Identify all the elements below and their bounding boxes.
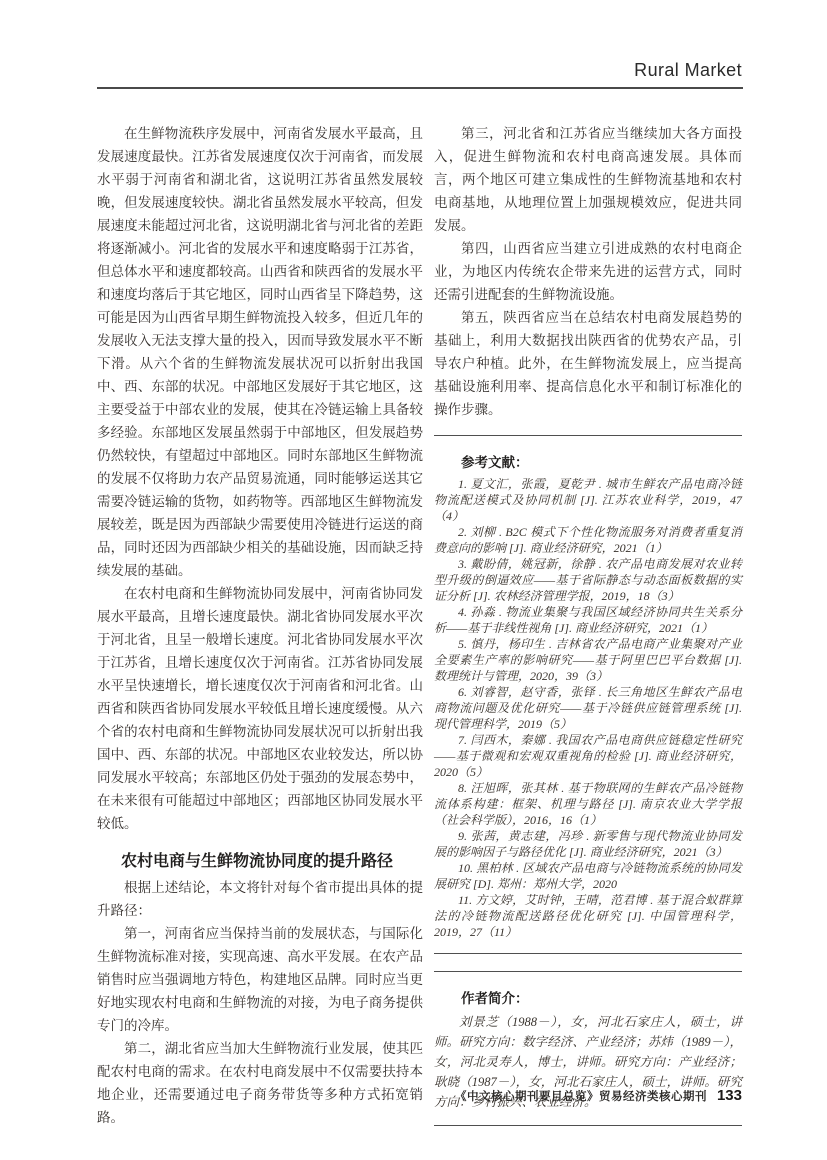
- paragraph: 第三，河北省和江苏省应当继续加大各方面投入，促进生鲜物流和农村电商高速发展。具体…: [434, 122, 742, 237]
- divider: [434, 953, 742, 954]
- journal-title: Rural Market: [634, 60, 742, 81]
- author-bio-title: 作者简介：: [434, 987, 742, 1007]
- reference-item: 9. 张茜，黄志建，冯珍 . 新零售与现代物流业协同发展的影响因子与路径优化 […: [434, 828, 742, 860]
- reference-item: 5. 慎丹，杨印生 . 吉林省农产品电商产业集聚对产业全要素生产率的影响研究——…: [434, 636, 742, 684]
- right-column: 第三，河北省和江苏省应当继续加大各方面投入，促进生鲜物流和农村电商高速发展。具体…: [434, 122, 742, 1126]
- paragraph: 在生鲜物流秩序发展中，河南省发展水平最高，且发展速度最快。江苏省发展速度仅次于河…: [97, 122, 423, 582]
- footer: 《中文核心期刊要目总览》贸易经济类核心期刊 133: [455, 1087, 742, 1104]
- reference-item: 7. 闫西木，秦娜 . 我国农产品电商供应链稳定性研究——基于微观和宏观双重视角…: [434, 732, 742, 780]
- page: Rural Market 在生鲜物流秩序发展中，河南省发展水平最高，且发展速度最…: [0, 0, 827, 1160]
- paragraph: 第四，山西省应当建立引进成熟的农村电商企业，为地区内传统农企带来先进的运营方式，…: [434, 237, 742, 306]
- references-title: 参考文献：: [434, 451, 742, 471]
- header-rule: [97, 87, 743, 89]
- reference-item: 6. 刘睿智，赵守香，张铎 . 长三角地区生鲜农产品电商物流问题及优化研究——基…: [434, 684, 742, 732]
- reference-item: 10. 黑柏林 . 区域农产品电商与冷链物流系统的协同发展研究 [D]. 郑州：…: [434, 860, 742, 892]
- paragraph: 在农村电商和生鲜物流协同发展中，河南省协同发展水平最高，且增长速度最快。湖北省协…: [97, 582, 423, 835]
- reference-item: 3. 戴盼倩，姚冠新，徐静 . 农产品电商发展对农业转型升级的倒逼效应——基于省…: [434, 556, 742, 604]
- paragraph: 第一，河南省应当保持当前的发展状态，与国际化生鲜物流标准对接，实现高速、高水平发…: [97, 922, 423, 1037]
- references-section: 参考文献： 1. 夏文汇，张霞，夏乾尹 . 城市生鲜农产品电商冷链物流配送模式及…: [434, 451, 742, 940]
- paragraph: 第二，湖北省应当加大生鲜物流行业发展，使其匹配农村电商的需求。在农村电商发展中不…: [97, 1037, 423, 1129]
- divider: [434, 971, 742, 972]
- reference-item: 11. 方文婷，艾时钟，王晴，范君博 . 基于混合蚁群算法的冷链物流配送路径优化…: [434, 892, 742, 940]
- section-heading: 农村电商与生鲜物流协同度的提升路径: [97, 848, 423, 871]
- footer-page-number: 133: [717, 1087, 742, 1104]
- reference-item: 1. 夏文汇，张霞，夏乾尹 . 城市生鲜农产品电商冷链物流配送模式及协同机制 […: [434, 476, 742, 524]
- footer-journal-info: 《中文核心期刊要目总览》贸易经济类核心期刊: [455, 1088, 707, 1104]
- reference-item: 8. 汪旭晖，张其林 . 基于物联网的生鲜农产品冷链物流体系构建：框架、机理与路…: [434, 780, 742, 828]
- reference-item: 2. 刘柳 . B2C 模式下个性化物流服务对消费者重复消费意向的影响 [J].…: [434, 524, 742, 556]
- divider: [434, 435, 742, 436]
- left-column: 在生鲜物流秩序发展中，河南省发展水平最高，且发展速度最快。江苏省发展速度仅次于河…: [97, 122, 423, 1129]
- paragraph: 第五，陕西省应当在总结农村电商发展趋势的基础上，利用大数据找出陕西省的优势农产品…: [434, 306, 742, 421]
- reference-item: 4. 孙淼 . 物流业集聚与我国区域经济协同共生关系分析——基于非线性视角 [J…: [434, 604, 742, 636]
- paragraph: 根据上述结论，本文将针对每个省市提出具体的提升路径：: [97, 876, 423, 922]
- divider: [434, 1125, 742, 1126]
